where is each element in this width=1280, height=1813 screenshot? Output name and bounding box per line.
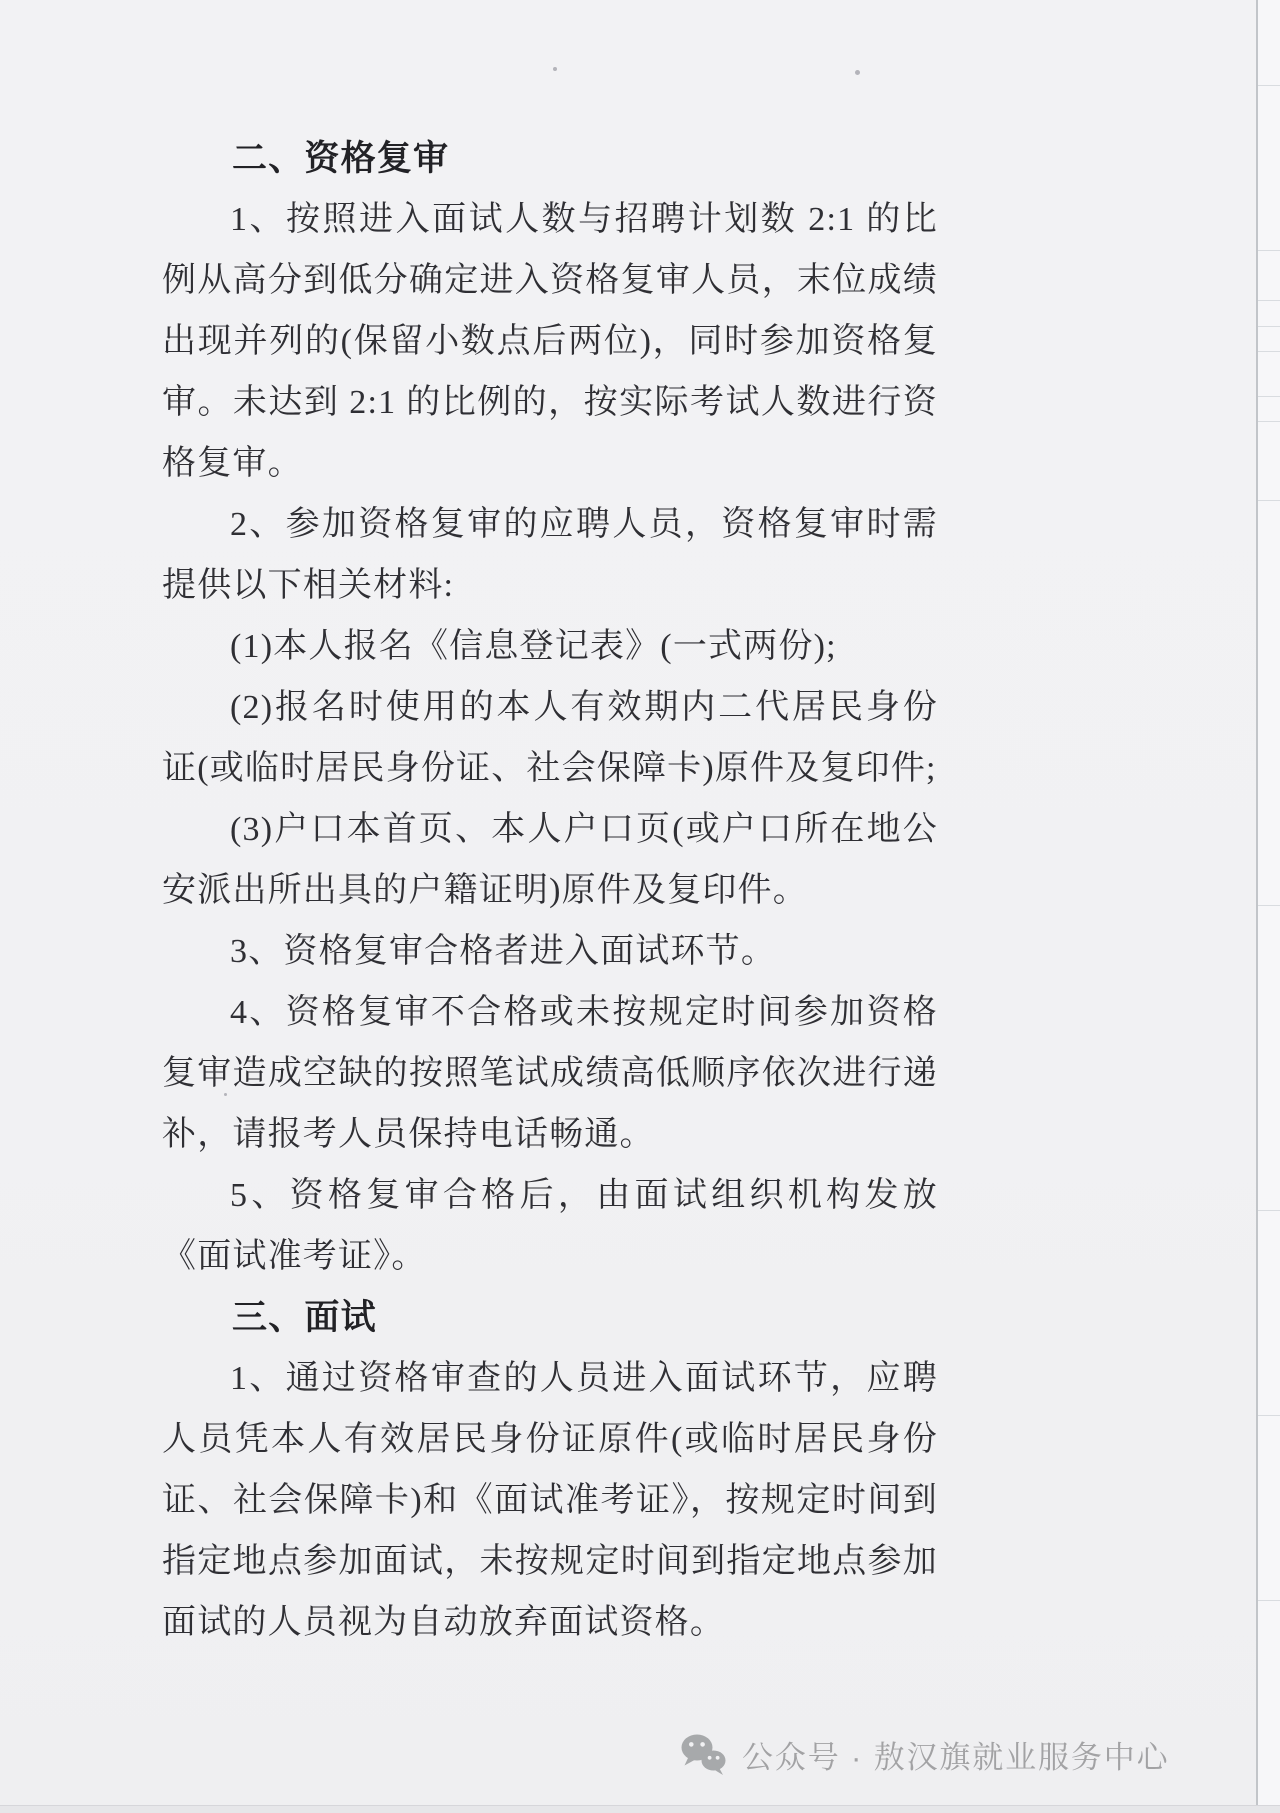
scan-speck: [553, 67, 557, 71]
wechat-account-label: 公众号 · 敖汉旗就业服务中心: [742, 1732, 1169, 1777]
page-edge-strip: [1258, 0, 1280, 1813]
body-paragraph: 1、按照进入面试人数与招聘计划数 2:1 的比例从高分到低分确定进入资格复审人员…: [162, 189, 938, 494]
list-item: (2)报名时使用的本人有效期内二代居民身份证(或临时居民身份证、社会保障卡)原件…: [162, 677, 938, 799]
body-paragraph: 3、资格复审合格者进入面试环节。: [162, 921, 938, 982]
body-paragraph: 1、通过资格审查的人员进入面试环节，应聘人员凭本人有效居民身份证原件(或临时居民…: [162, 1348, 938, 1653]
wechat-account-watermark: 公众号 · 敖汉旗就业服务中心: [678, 1732, 1169, 1777]
wechat-icon: [678, 1733, 728, 1776]
scan-speck: [224, 1093, 227, 1096]
list-item: (3)户口本首页、本人户口页(或户口所在地公安派出所出具的户籍证明)原件及复印件…: [162, 799, 938, 921]
body-paragraph: 5、资格复审合格后，由面试组织机构发放《面试准考证》。: [162, 1165, 938, 1287]
body-paragraph: 4、资格复审不合格或未按规定时间参加资格复审造成空缺的按照笔试成绩高低顺序依次进…: [162, 982, 938, 1165]
body-paragraph: 2、参加资格复审的应聘人员，资格复审时需提供以下相关材料:: [162, 494, 938, 616]
scan-speck: [855, 70, 860, 75]
scanned-document-page: 二、资格复审 1、按照进入面试人数与招聘计划数 2:1 的比例从高分到低分确定进…: [0, 0, 1280, 1813]
section-heading-qualification-review: 二、资格复审: [162, 128, 938, 189]
section-heading-interview: 三、面试: [162, 1287, 938, 1348]
scan-bottom-edge: [0, 1805, 1280, 1813]
document-text-block: 二、资格复审 1、按照进入面试人数与招聘计划数 2:1 的比例从高分到低分确定进…: [162, 128, 938, 1653]
list-item: (1)本人报名《信息登记表》(一式两份);: [162, 616, 938, 677]
